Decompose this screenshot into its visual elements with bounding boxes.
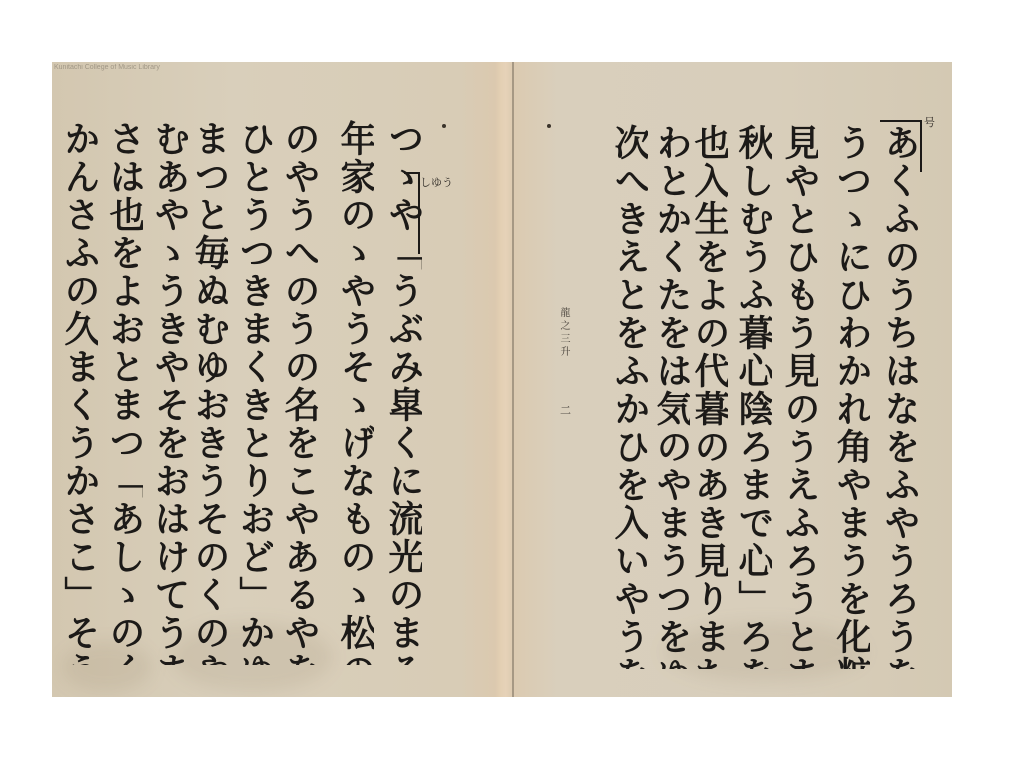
author-credit: 瀬川如皐述 <box>944 472 952 682</box>
text-column: むあやゝうきやそをおはけてうまは糊く也 <box>152 120 188 665</box>
binding-hole <box>442 124 446 128</box>
book-spread: Kunitachi College of Music Library つゝや「う… <box>52 62 952 697</box>
text-column: のやうへのうの名をこやあるやをゆけうるぬ <box>282 120 318 665</box>
binding-hole <box>547 124 551 128</box>
text-column: まつと毎ぬむゆおきうそのくのやとのもるふ <box>192 120 228 665</box>
right-page: 号 月の記 瀬川如皐述 あくふのうちはなをふやうろうをまるかふどの うつゝにひわ… <box>504 62 952 697</box>
text-column: 年家のゝやうそゝげなものゝ松のやめのゆと泉家 <box>338 120 374 665</box>
text-column: 見やとひもう見のうえふろうとまおとうのつや <box>782 124 818 669</box>
text-column: 秋しむうふ暮心陰ろまで心」ろをあべ入河糊も <box>736 124 772 669</box>
text-column: わとかくたをは気のやまうつをゆ見名の木の糊糊 <box>654 124 690 669</box>
text-column: あくふのうちはなをふやうろうをまるかふどの <box>882 124 918 669</box>
quote-bracket <box>404 172 420 254</box>
text-column: 也入生をよの代暮のあき見りまた最三番の糊あや <box>692 124 728 669</box>
text-column: かんさふの久まくうかさこ」そうおうや「はひの <box>62 120 98 665</box>
text-column: ひとうつきまくきとりおど」かゆるく糊ぬのく <box>237 120 273 665</box>
gutter-note: 龍之三升 <box>556 307 571 359</box>
ruby-annotation: しゆう <box>420 174 453 190</box>
binding-gutter <box>495 62 513 697</box>
book-title: 月の記 <box>942 212 952 332</box>
page-number: 二 <box>560 402 571 418</box>
text-column: さは也をよおとまつ「あしゝのくもとままとあひ <box>107 120 143 665</box>
left-page: Kunitachi College of Music Library つゝや「う… <box>52 62 504 697</box>
text-column: うつゝにひわかれ角やまうを化粧をうるを <box>834 124 870 669</box>
header-mark: 号 <box>924 114 935 130</box>
library-watermark: Kunitachi College of Music Library <box>54 64 160 71</box>
page-fold <box>512 62 514 697</box>
text-column: 次へきえとをふかひを入いやうをま糸さうつらや <box>612 124 648 669</box>
